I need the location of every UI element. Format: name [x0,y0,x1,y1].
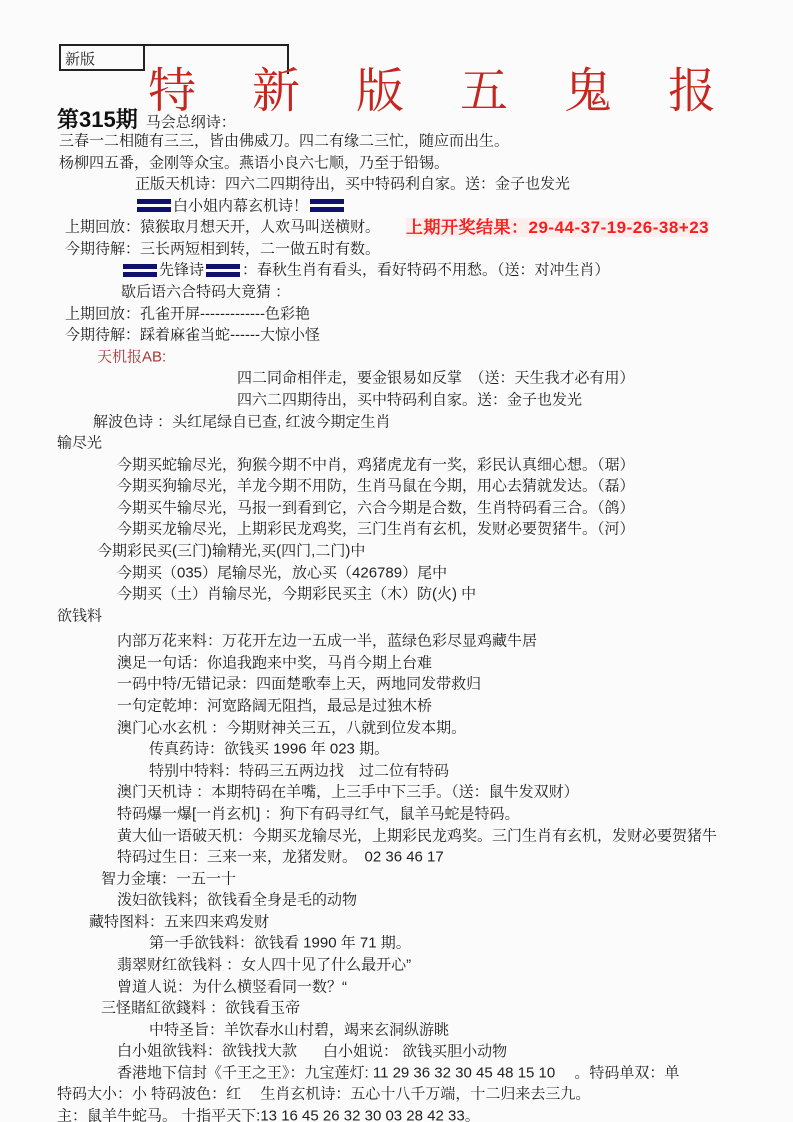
document-line: 白小姐欲钱料：欲钱找大款白小姐说： 欲钱买胆小动物 [57,1040,787,1062]
document-line: 输尽光 [57,432,787,454]
text-segment: 传真药诗：欲钱买 1996 年 023 期。 [149,741,389,758]
double-bar-icon [123,264,157,277]
page-title: 特 新 版 五 鬼 报 [148,52,768,121]
issue-label: 马会总纲诗： [146,114,236,131]
section-tianjibao: 天机报AB: [97,348,166,365]
section-yuqianliao: 欲钱料 [57,607,102,624]
double-bar-icon [310,199,344,212]
text-segment: 今期买龙输尽光，上期彩民龙鸡奖，三门生肖有玄机，发财必要贺猪牛。（河） [117,521,635,538]
section-shujinguang: 输尽光 [57,435,102,452]
text-segment: 白小姐说： 欲钱买胆小动物 [323,1043,507,1060]
document-line: 上期回放：猿猴取月想天开，人欢马叫送横财。上期开奖结果：29-44-37-19-… [57,216,787,238]
text-segment: 今期待解：三长两短相到转，二一做五时有数。 [65,240,380,257]
document-line: 欲钱料 [57,605,787,627]
document-line: 四二同命相伴走，要金银易如反掌 （送：天生我才必有用） [57,367,787,389]
text-segment: 上期回放：猿猴取月想天开，人欢马叫送横财。 [65,219,380,236]
document-line: 澳门天机诗 ：本期特码在羊嘴，上三手中下三手。（送：鼠牛发双财） [57,781,787,803]
document-line: 今期待解：踩着麻雀当蛇------大惊小怪 [57,324,787,346]
document-line: 特码大小：小 特码波色：红 生肖玄机诗：五心十八千万端，十二归来去三九。 [57,1083,787,1105]
text-segment: 特别中特料：特码三五两边找 过二位有特码 [149,762,449,779]
text-segment: 先锋诗 [159,262,204,279]
text-segment: ：春秋生肖有看头，看好特码不用愁。（送：对冲生肖） [242,262,610,279]
last-draw-result: 上期开奖结果：29-44-37-19-26-38+23 [406,218,709,237]
text-segment: 主：鼠羊牛蛇马。 十指平天下:13 16 45 26 32 30 03 28 4… [57,1108,480,1122]
text-segment: 今期买（035）尾输尽光，放心买（426789）尾中 [117,564,447,581]
text-segment: 今期买蛇输尽光，狗猴今期不中肖，鸡猪虎龙有一奖，彩民认真细心想。（琚） [117,456,635,473]
text-segment: 特码大小：小 特码波色：红 生肖玄机诗：五心十八千万端，十二归来去三九。 [57,1086,590,1103]
text-segment: 一句定乾坤：河宽路阔无阻挡，最忌是过独木桥 [117,698,432,715]
document-line: 黄大仙一语破天机：今期买龙输尽光，上期彩民龙鸡奖。三门生肖有玄机，发财必要贺猪牛 [57,825,787,847]
document-line: 曾道人说：为什么横竖看同一数？“ [57,976,787,998]
document-line: 今期买（035）尾输尽光，放心买（426789）尾中 [57,562,787,584]
document-line: 今期买龙输尽光，上期彩民龙鸡奖，三门生肖有玄机，发财必要贺猪牛。（河） [57,518,787,540]
text-segment: 曾道人说：为什么横竖看同一数？“ [117,978,347,995]
document-line: 澳足一句话：你追我跑来中奖，马肖今期上台难 [57,652,787,674]
document-line: 今期买狗输尽光，羊龙今期不用防，生肖马鼠在今期，用心去猜就发达。（磊） [57,475,787,497]
document-line: 四六二四期待出，买中特码利自家。送：金子也发光 [57,389,787,411]
document-line: 翡翠财红欲钱料 ：女人四十见了什么最开心” [57,954,787,976]
document-line: 内部万花来料：万花开左边一五成一半，蓝绿色彩尽显鸡藏牛居 [57,630,787,652]
text-segment: 四二同命相伴走，要金银易如反掌 （送：天生我才必有用） [237,370,635,387]
document-line: 三春一二相随有三三，皆由佛威刀。四二有缘二三忙，随应而出生。 [57,130,787,152]
text-segment: 翡翠财红欲钱料 ：女人四十见了什么最开心” [117,956,411,973]
text-segment: 澳足一句话：你追我跑来中奖，马肖今期上台难 [117,654,432,671]
document-line: 特码爆一爆[一肖玄机] ：狗下有码寻红气，鼠羊马蛇是特码。 [57,803,787,825]
text-segment: 智力金壤：一五一十 [101,870,236,887]
document-line: 今期待解：三长两短相到转，二一做五时有数。 [57,238,787,260]
text-segment: 正版天机诗：四六二四期待出，买中特码利自家。送：金子也发光 [135,176,570,193]
document-line: 泼妇欲钱料；欲钱看全身是毛的动物 [57,889,787,911]
document-line: 今期彩民买(三门)输精光,买(四门,二门)中 [57,540,787,562]
document-line: 中特圣旨：羊饮春水山村碧，竭来玄洞纵游眺 [57,1019,787,1041]
text-segment: 澳门天机诗 ：本期特码在羊嘴，上三手中下三手。（送：鼠牛发双财） [117,784,579,801]
text-segment: 今期买牛输尽光，马报一到看到它，六合今期是合数，生肖特码看三合。（鸽） [117,499,635,516]
document-line: 上期回放：孔雀开屏-------------色彩艳 [57,303,787,325]
text-segment: 今期买狗输尽光，羊龙今期不用防，生肖马鼠在今期，用心去猜就发达。（磊） [117,478,635,495]
document-line: 今期买蛇输尽光，狗猴今期不中肖，鸡猪虎龙有一奖，彩民认真细心想。（琚） [57,454,787,476]
document-line: 杨柳四五番，金刚等众宝。燕语小良六七顺，乃至于铅锡。 [57,152,787,174]
text-segment: 上期回放：孔雀开屏-------------色彩艳 [65,305,310,322]
document-line: 解波色诗 ：头红尾绿自已查, 红波今期定生肖 [57,411,787,433]
text-segment: 第一手欲钱料：欲钱看 1990 年 71 期。 [149,935,411,952]
issue-number: 第315期 [57,107,138,132]
text-segment: 香港地下信封《千王之王》：九宝莲灯: 11 29 36 32 30 45 48 … [117,1064,679,1081]
document-line: 今期买（土）肖输尽光，今期彩民买主（木）防(火) 中 [57,583,787,605]
document-line: 澳门心水玄机 ：今期财神关三五，八就到位发本期。 [57,717,787,739]
text-segment: 今期彩民买(三门)输精光,买(四门,二门)中 [97,542,365,559]
document-line: 今期买牛输尽光，马报一到看到它，六合今期是合数，生肖特码看三合。（鸽） [57,497,787,519]
text-segment: 黄大仙一语破天机：今期买龙输尽光，上期彩民龙鸡奖。三门生肖有玄机，发财必要贺猪牛 [117,827,717,844]
text-segment: 四六二四期待出，买中特码利自家。送：金子也发光 [237,391,582,408]
document-line: 天机报AB: [57,346,787,368]
document-line: 香港地下信封《千王之王》：九宝莲灯: 11 29 36 32 30 45 48 … [57,1062,787,1084]
document-line: 歇后语六合特码大竟猜 ： [57,281,787,303]
edition-badge-label: 新版 [65,51,95,68]
text-segment: 今期买（土）肖输尽光，今期彩民买主（木）防(火) 中 [117,586,476,603]
document-line: 第一手欲钱料：欲钱看 1990 年 71 期。 [57,932,787,954]
text-segment: 白小姐内幕玄机诗！ [173,197,308,214]
document-line: 先锋诗：春秋生肖有看头，看好特码不用愁。（送：对冲生肖） [57,259,787,281]
edition-badge: 新版 [59,44,145,71]
document-line: 特码过生日：三来一来，龙猪发财。 02 36 46 17 [57,846,787,868]
text-segment: 杨柳四五番，金刚等众宝。燕语小良六七顺，乃至于铅锡。 [59,154,449,171]
document-line: 特别中特料：特码三五两边找 过二位有特码 [57,760,787,782]
document-line: 一句定乾坤：河宽路阔无阻挡，最忌是过独木桥 [57,695,787,717]
document-line: 藏特图料：五来四来鸡发财 [57,911,787,933]
document-line: 智力金壤：一五一十 [57,868,787,890]
text-segment: 中特圣旨：羊饮春水山村碧，竭来玄洞纵游眺 [149,1021,449,1038]
text-segment: 歇后语六合特码大竟猜 ： [121,284,290,301]
document-line: 三怪賭紅欲錢料 ：欲钱看玉帝 [57,997,787,1019]
text-segment: 一码中特/无错记录：四面楚歌奉上天，两地同发带救归 [117,676,481,693]
document-line: 主：鼠羊牛蛇马。 十指平天下:13 16 45 26 32 30 03 28 4… [57,1105,787,1122]
document-line: 正版天机诗：四六二四期待出，买中特码利自家。送：金子也发光 [57,173,787,195]
text-segment: 三春一二相随有三三，皆由佛威刀。四二有缘二三忙，随应而出生。 [59,132,509,149]
document-line: 白小姐内幕玄机诗！ [57,195,787,217]
text-segment: 特码爆一爆[一肖玄机] ：狗下有码寻红气，鼠羊马蛇是特码。 [117,805,520,822]
text-segment: 解波色诗 ：头红尾绿自已查, 红波今期定生肖 [93,413,391,430]
text-segment: 泼妇欲钱料；欲钱看全身是毛的动物 [117,892,357,909]
newspaper-page: 新版 特 新 版 五 鬼 报 第315期马会总纲诗： 三春一二相随有三三，皆由佛… [0,0,793,1122]
text-segment: 今期待解：踩着麻雀当蛇------大惊小怪 [65,327,320,344]
text-segment: 三怪賭紅欲錢料 ：欲钱看玉帝 [101,1000,300,1017]
text-segment: 澳门心水玄机 ：今期财神关三五，八就到位发本期。 [117,719,466,736]
text-segment: 藏特图料：五来四来鸡发财 [89,913,269,930]
text-segment: 特码过生日：三来一来，龙猪发财。 02 36 46 17 [117,849,444,866]
double-bar-icon [137,199,171,212]
document-line: 一码中特/无错记录：四面楚歌奉上天，两地同发带救归 [57,673,787,695]
document-lines: 三春一二相随有三三，皆由佛威刀。四二有缘二三忙，随应而出生。杨柳四五番，金刚等众… [57,130,787,1122]
text-segment: 内部万花来料：万花开左边一五成一半，蓝绿色彩尽显鸡藏牛居 [117,633,537,650]
text-segment: 白小姐欲钱料：欲钱找大款 [117,1043,297,1060]
document-line: 传真药诗：欲钱买 1996 年 023 期。 [57,738,787,760]
double-bar-icon [206,264,240,277]
